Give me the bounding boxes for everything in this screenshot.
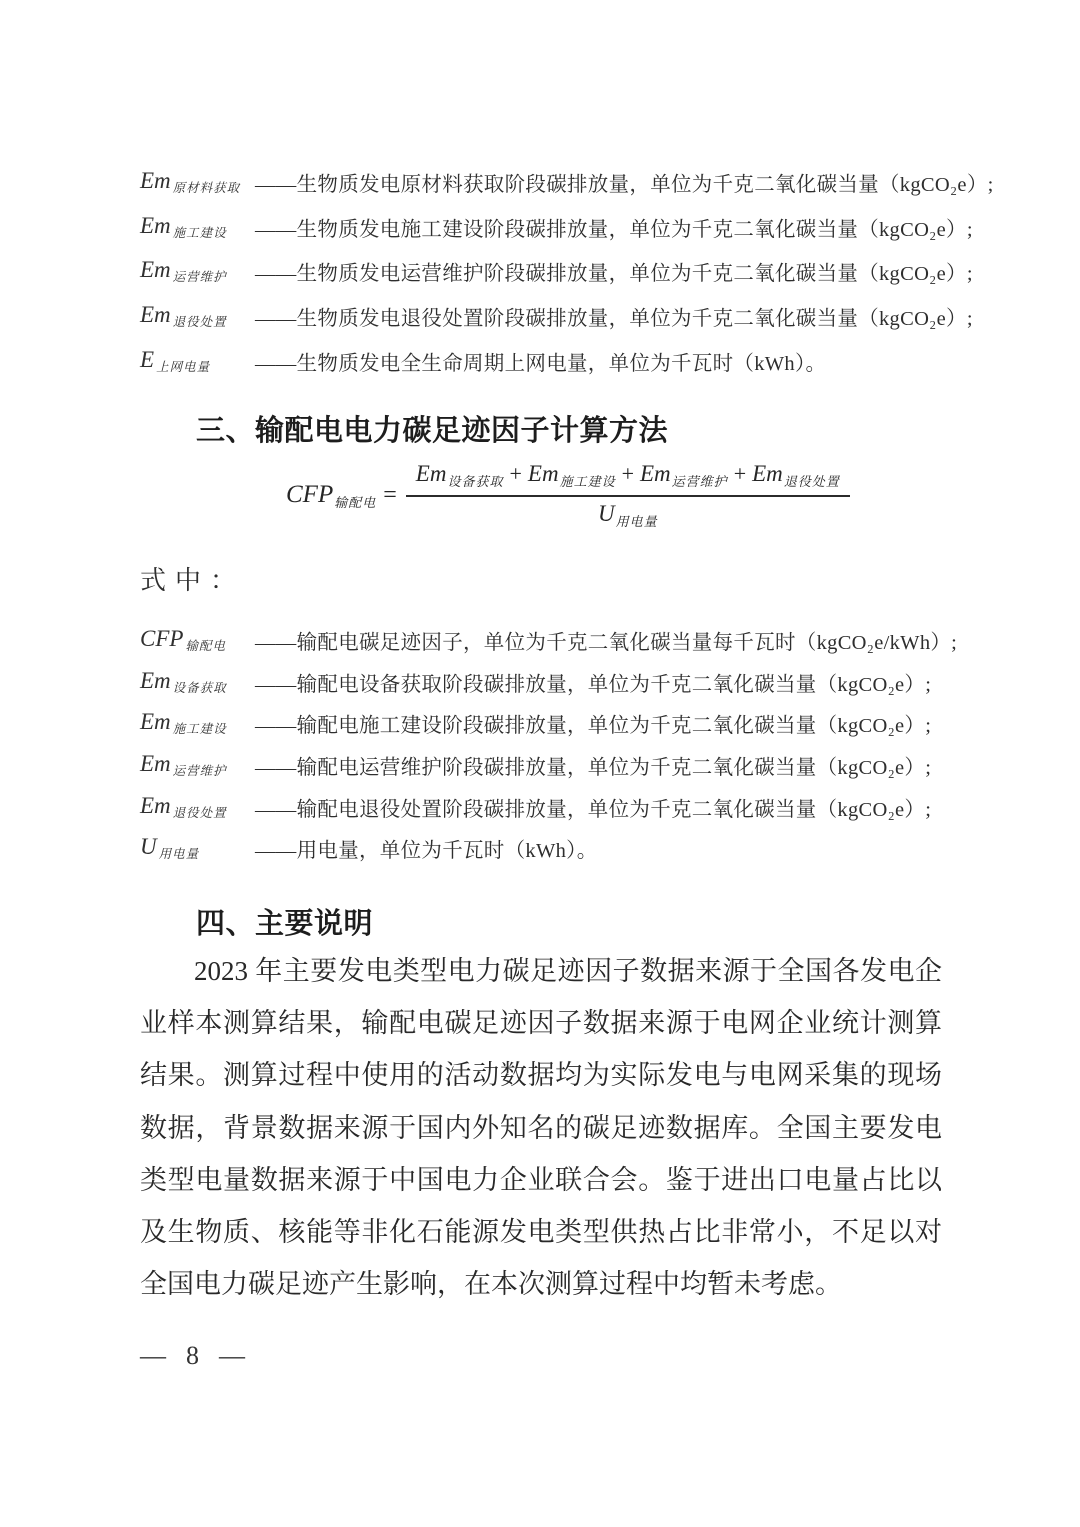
fraction-denominator: U用电量 xyxy=(598,497,658,530)
term-subscript: 用电量 xyxy=(616,514,658,529)
paragraph-line: 全国电力碳足迹产生影响，在本次测算过程中均暂未考虑。 xyxy=(140,1256,942,1308)
page-footer: — 8 — xyxy=(140,1341,245,1371)
fraction: Em设备获取 + Em施工建设 + Em运营维护 + Em退役处置 U用电量 xyxy=(406,461,850,530)
biomass-definition-list: Em原材料获取 ——生物质发电原材料获取阶段碳排放量，单位为千克二氧化碳当量（k… xyxy=(140,160,960,383)
term-subscript: 施工建设 xyxy=(173,226,227,240)
term-subscript: 退役处置 xyxy=(173,806,227,820)
term-subscript: 运营维护 xyxy=(173,764,227,778)
term-em-equipment: Em设备获取 xyxy=(140,668,255,696)
numerator-term: Em运营维护 xyxy=(640,461,728,490)
footer-dash-left: — xyxy=(140,1341,166,1371)
definition-text: ——生物质发电全生命周期上网电量，单位为千瓦时（kWh）。 xyxy=(255,346,826,376)
definition-text: ——生物质发电运营维护阶段碳排放量，单位为千克二氧化碳当量（kgCO₂e）; xyxy=(255,256,973,286)
definition-row: Em退役处置 ——输配电退役处置阶段碳排放量，单位为千克二氧化碳当量（kgCO₂… xyxy=(140,786,960,828)
term-subscript: 退役处置 xyxy=(173,315,227,329)
plus-sign: + xyxy=(734,461,746,487)
term-cfp-td: CFP输配电 xyxy=(140,626,255,654)
term-subscript: 上网电量 xyxy=(156,360,210,374)
numerator-term: Em设备获取 xyxy=(416,461,504,490)
term-subscript: 施工建设 xyxy=(173,722,227,736)
definition-text: ——输配电设备获取阶段碳排放量，单位为千克二氧化碳当量（kgCO₂e）; xyxy=(255,667,931,697)
definition-text: ——用电量，单位为千瓦时（kWh）。 xyxy=(255,833,598,863)
section-3-title: 三、输配电电力碳足迹因子计算方法 xyxy=(196,408,668,449)
definition-row: Em运营维护 ——输配电运营维护阶段碳排放量，单位为千克二氧化碳当量（kgCO₂… xyxy=(140,744,960,786)
definition-text: ——输配电退役处置阶段碳排放量，单位为千克二氧化碳当量（kgCO₂e）; xyxy=(255,792,931,822)
fraction-numerator: Em设备获取 + Em施工建设 + Em运营维护 + Em退役处置 xyxy=(406,461,850,495)
definition-text: ——生物质发电原材料获取阶段碳排放量，单位为千克二氧化碳当量（kgCO₂e）; xyxy=(255,167,994,197)
definition-row: Em施工建设 ——生物质发电施工建设阶段碳排放量，单位为千克二氧化碳当量（kgC… xyxy=(140,205,960,250)
paragraph-line: 2023 年主要发电类型电力碳足迹因子数据来源于全国各发电企 xyxy=(140,942,942,994)
definition-text: ——生物质发电施工建设阶段碳排放量，单位为千克二氧化碳当量（kgCO₂e）; xyxy=(255,212,973,242)
plus-sign: + xyxy=(509,461,521,487)
definition-row: U用电量 ——用电量，单位为千瓦时（kWh）。 xyxy=(140,827,960,869)
term-em-raw-material: Em原材料获取 xyxy=(140,168,255,196)
definition-row: Em运营维护 ——生物质发电运营维护阶段碳排放量，单位为千克二氧化碳当量（kgC… xyxy=(140,249,960,294)
paragraph-line: 及生物质、核能等非化石能源发电类型供热占比非常小，不足以对 xyxy=(140,1203,942,1255)
definition-row: Em设备获取 ——输配电设备获取阶段碳排放量，单位为千克二氧化碳当量（kgCO₂… xyxy=(140,661,960,703)
term-subscript: 设备获取 xyxy=(447,474,503,489)
term-em-decommission: Em退役处置 xyxy=(140,793,255,821)
explanation-paragraph: 2023 年主要发电类型电力碳足迹因子数据来源于全国各发电企 业样本测算结果，输… xyxy=(140,942,942,1308)
definition-row: E上网电量 ——生物质发电全生命周期上网电量，单位为千瓦时（kWh）。 xyxy=(140,338,960,383)
where-label: 式中： xyxy=(140,560,245,597)
term-subscript: 输配电 xyxy=(185,639,226,653)
definition-text: ——输配电碳足迹因子，单位为千克二氧化碳当量每千瓦时（kgCO₂e/kWh）; xyxy=(255,625,957,655)
term-subscript: 设备获取 xyxy=(173,681,227,695)
term-em-operation: Em运营维护 xyxy=(140,751,255,779)
paragraph-line: 结果。测算过程中使用的活动数据均为实际发电与电网采集的现场 xyxy=(140,1047,942,1099)
term-subscript: 用电量 xyxy=(159,847,200,861)
term-subscript: 运营维护 xyxy=(672,474,728,489)
td-definition-list: CFP输配电 ——输配电碳足迹因子，单位为千克二氧化碳当量每千瓦时（kgCO₂e… xyxy=(140,619,960,869)
formula-lhs: CFP输配电 xyxy=(286,481,376,511)
definition-text: ——输配电运营维护阶段碳排放量，单位为千克二氧化碳当量（kgCO₂e）; xyxy=(255,750,931,780)
definition-text: ——输配电施工建设阶段碳排放量，单位为千克二氧化碳当量（kgCO₂e）; xyxy=(255,708,931,738)
term-e-grid-energy: E上网电量 xyxy=(140,347,255,375)
definition-row: Em施工建设 ——输配电施工建设阶段碳排放量，单位为千克二氧化碳当量（kgCO₂… xyxy=(140,702,960,744)
definition-row: Em原材料获取 ——生物质发电原材料获取阶段碳排放量，单位为千克二氧化碳当量（k… xyxy=(140,160,960,205)
section-4-title: 四、主要说明 xyxy=(196,901,373,942)
definition-row: CFP输配电 ——输配电碳足迹因子，单位为千克二氧化碳当量每千瓦时（kgCO₂e… xyxy=(140,619,960,661)
plus-sign: + xyxy=(622,461,634,487)
term-em-construction: Em施工建设 xyxy=(140,213,255,241)
equals-sign: = xyxy=(383,482,397,509)
definition-row: Em退役处置 ——生物质发电退役处置阶段碳排放量，单位为千克二氧化碳当量（kgC… xyxy=(140,294,960,339)
term-subscript: 运营维护 xyxy=(173,270,227,284)
term-subscript: 施工建设 xyxy=(560,474,616,489)
numerator-term: Em退役处置 xyxy=(752,461,840,490)
term-u-consumption: U用电量 xyxy=(140,834,255,862)
paragraph-line: 类型电量数据来源于中国电力企业联合会。鉴于进出口电量占比以 xyxy=(140,1151,942,1203)
definition-text: ——生物质发电退役处置阶段碳排放量，单位为千克二氧化碳当量（kgCO₂e）; xyxy=(255,301,973,331)
term-subscript: 退役处置 xyxy=(784,474,840,489)
footer-dash-right: — xyxy=(219,1341,245,1371)
term-em-construction: Em施工建设 xyxy=(140,709,255,737)
cfp-formula: CFP输配电 = Em设备获取 + Em施工建设 + Em运营维护 + Em退役… xyxy=(286,461,850,530)
term-subscript: 原材料获取 xyxy=(173,181,241,195)
page-number: 8 xyxy=(186,1341,199,1371)
term-em-operation: Em运营维护 xyxy=(140,257,255,285)
paragraph-line: 数据，背景数据来源于国内外知名的碳足迹数据库。全国主要发电 xyxy=(140,1099,942,1151)
numerator-term: Em施工建设 xyxy=(528,461,616,490)
term-em-decommission: Em退役处置 xyxy=(140,302,255,330)
paragraph-line: 业样本测算结果，输配电碳足迹因子数据来源于电网企业统计测算 xyxy=(140,994,942,1046)
formula-lhs-subscript: 输配电 xyxy=(334,495,376,510)
document-page: Em原材料获取 ——生物质发电原材料获取阶段碳排放量，单位为千克二氧化碳当量（k… xyxy=(0,0,1080,1527)
